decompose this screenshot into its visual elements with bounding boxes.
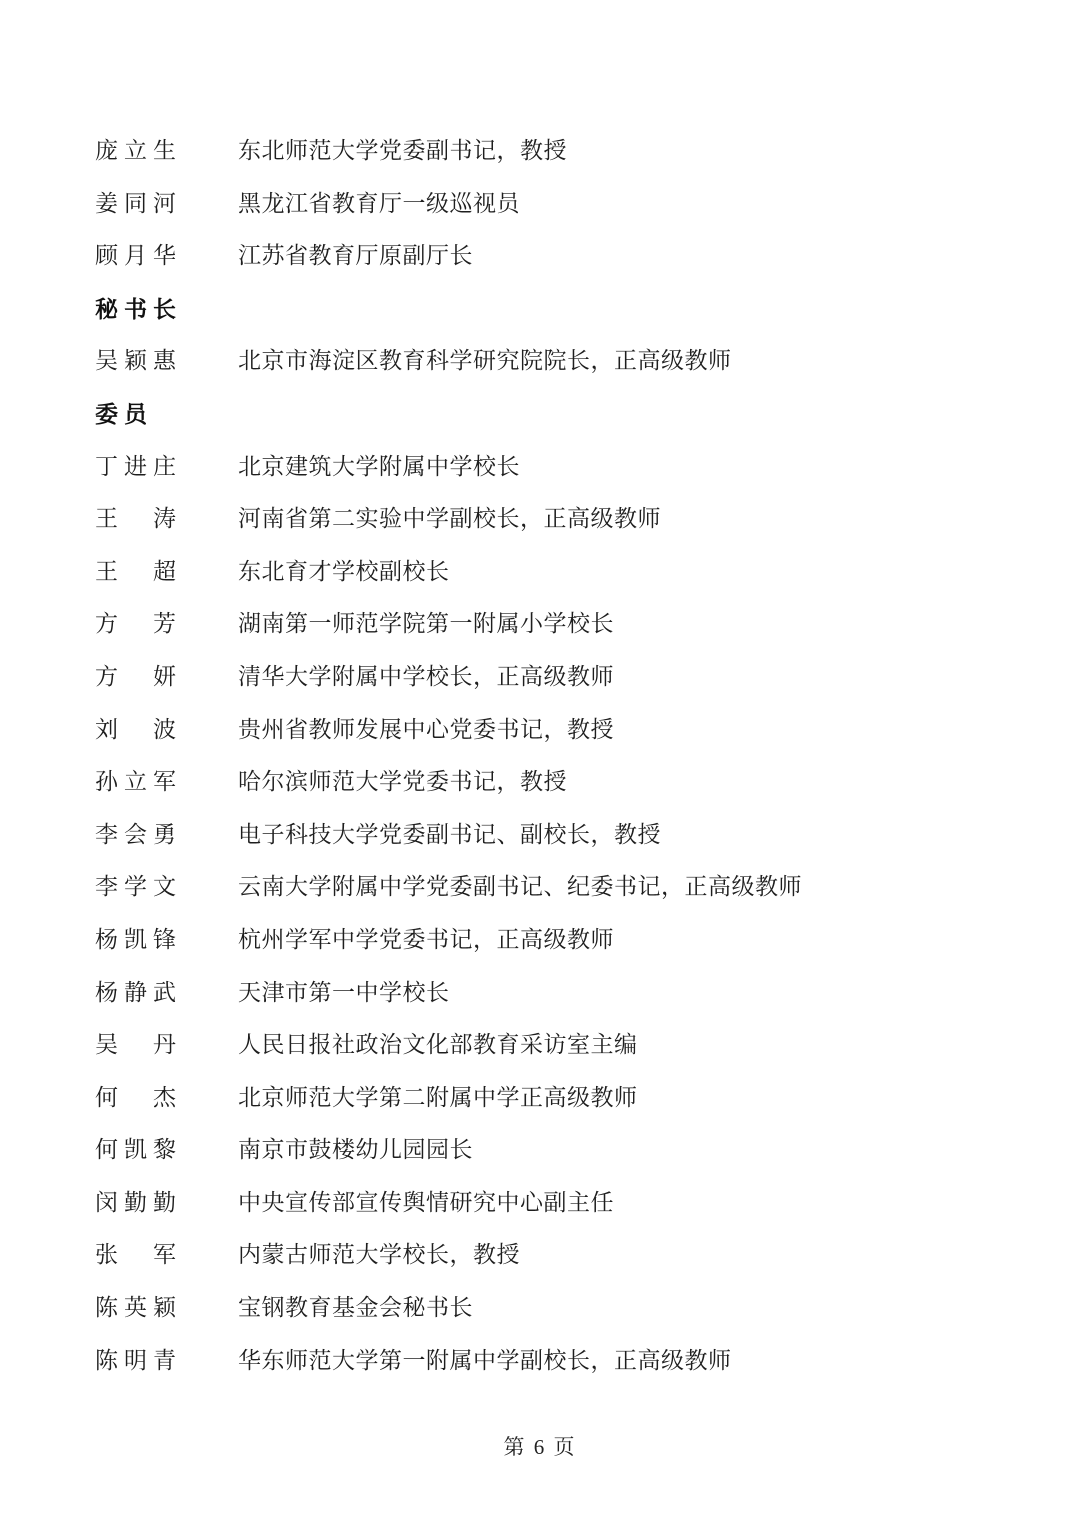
- member-title: 北京师范大学第二附属中学正高级教师: [238, 1072, 1025, 1125]
- member-name: 杨凯锋: [95, 914, 238, 967]
- section-heading-label: 委员: [95, 388, 238, 441]
- member-name: 方 芳: [95, 598, 238, 651]
- member-title: 中央宣传部宣传舆情研究中心副主任: [238, 1177, 1025, 1230]
- member-title: 贵州省教师发展中心党委书记，教授: [238, 704, 1025, 757]
- member-title: 江苏省教育厅原副厅长: [238, 230, 1025, 283]
- member-name: 李学文: [95, 861, 238, 914]
- member-row: 王 涛 河南省第二实验中学副校长，正高级教师: [95, 493, 1025, 546]
- section-heading: 秘书长: [95, 283, 1025, 336]
- member-title: 清华大学附属中学校长，正高级教师: [238, 651, 1025, 704]
- member-row: 庞立生 东北师范大学党委副书记，教授: [95, 125, 1025, 178]
- page-number: 第 6 页: [504, 1435, 577, 1459]
- member-list: 庞立生 东北师范大学党委副书记，教授 姜同河 黑龙江省教育厅一级巡视员 顾月华 …: [95, 125, 1025, 1387]
- member-row: 杨凯锋 杭州学军中学党委书记，正高级教师: [95, 914, 1025, 967]
- member-row: 杨静武 天津市第一中学校长: [95, 967, 1025, 1020]
- member-row: 方 芳 湖南第一师范学院第一附属小学校长: [95, 598, 1025, 651]
- member-name: 闵勤勤: [95, 1177, 238, 1230]
- member-row: 吴颖惠 北京市海淀区教育科学研究院院长，正高级教师: [95, 335, 1025, 388]
- member-row: 陈明青 华东师范大学第一附属中学副校长，正高级教师: [95, 1335, 1025, 1388]
- member-row: 闵勤勤 中央宣传部宣传舆情研究中心副主任: [95, 1177, 1025, 1230]
- member-title: 黑龙江省教育厅一级巡视员: [238, 178, 1025, 231]
- member-row: 丁进庄 北京建筑大学附属中学校长: [95, 441, 1025, 494]
- member-name: 庞立生: [95, 125, 238, 178]
- member-row: 何凯黎 南京市鼓楼幼儿园园长: [95, 1124, 1025, 1177]
- member-name: 何 杰: [95, 1072, 238, 1125]
- page-footer: 第 6 页: [0, 1432, 1080, 1462]
- member-name: 李会勇: [95, 809, 238, 862]
- member-row: 顾月华 江苏省教育厅原副厅长: [95, 230, 1025, 283]
- member-name: 何凯黎: [95, 1124, 238, 1177]
- member-row: 张 军 内蒙古师范大学校长，教授: [95, 1229, 1025, 1282]
- member-row: 方 妍 清华大学附属中学校长，正高级教师: [95, 651, 1025, 704]
- member-name: 孙立军: [95, 756, 238, 809]
- member-title: 内蒙古师范大学校长，教授: [238, 1229, 1025, 1282]
- member-title: 北京建筑大学附属中学校长: [238, 441, 1025, 494]
- member-name: 王 涛: [95, 493, 238, 546]
- member-row: 吴 丹 人民日报社政治文化部教育采访室主编: [95, 1019, 1025, 1072]
- member-name: 姜同河: [95, 178, 238, 231]
- member-row: 李学文 云南大学附属中学党委副书记、纪委书记，正高级教师: [95, 861, 1025, 914]
- member-title: 东北育才学校副校长: [238, 546, 1025, 599]
- member-title: 宝钢教育基金会秘书长: [238, 1282, 1025, 1335]
- member-title: 云南大学附属中学党委副书记、纪委书记，正高级教师: [238, 861, 1025, 914]
- member-row: 陈英颖 宝钢教育基金会秘书长: [95, 1282, 1025, 1335]
- member-name: 顾月华: [95, 230, 238, 283]
- member-name: 王 超: [95, 546, 238, 599]
- member-name: 丁进庄: [95, 441, 238, 494]
- member-row: 姜同河 黑龙江省教育厅一级巡视员: [95, 178, 1025, 231]
- member-name: 张 军: [95, 1229, 238, 1282]
- member-name: 刘 波: [95, 704, 238, 757]
- member-title: 人民日报社政治文化部教育采访室主编: [238, 1019, 1025, 1072]
- document-page: { "page": { "background_color": "#ffffff…: [0, 0, 1080, 1527]
- member-name: 杨静武: [95, 967, 238, 1020]
- member-row: 王 超 东北育才学校副校长: [95, 546, 1025, 599]
- member-title: 电子科技大学党委副书记、副校长，教授: [238, 809, 1025, 862]
- member-title: 北京市海淀区教育科学研究院院长，正高级教师: [238, 335, 1025, 388]
- member-title: 天津市第一中学校长: [238, 967, 1025, 1020]
- member-row: 孙立军 哈尔滨师范大学党委书记，教授: [95, 756, 1025, 809]
- section-heading-label: 秘书长: [95, 283, 238, 336]
- member-name: 吴颖惠: [95, 335, 238, 388]
- member-name: 陈明青: [95, 1335, 238, 1388]
- section-heading: 委员: [95, 388, 1025, 441]
- member-title: 湖南第一师范学院第一附属小学校长: [238, 598, 1025, 651]
- member-name: 陈英颖: [95, 1282, 238, 1335]
- member-title: 河南省第二实验中学副校长，正高级教师: [238, 493, 1025, 546]
- member-title: 华东师范大学第一附属中学副校长，正高级教师: [238, 1335, 1025, 1388]
- member-name: 吴 丹: [95, 1019, 238, 1072]
- member-title: 哈尔滨师范大学党委书记，教授: [238, 756, 1025, 809]
- member-title: 东北师范大学党委副书记，教授: [238, 125, 1025, 178]
- member-title: 杭州学军中学党委书记，正高级教师: [238, 914, 1025, 967]
- member-title: 南京市鼓楼幼儿园园长: [238, 1124, 1025, 1177]
- member-name: 方 妍: [95, 651, 238, 704]
- member-row: 何 杰 北京师范大学第二附属中学正高级教师: [95, 1072, 1025, 1125]
- member-row: 刘 波 贵州省教师发展中心党委书记，教授: [95, 704, 1025, 757]
- member-row: 李会勇 电子科技大学党委副书记、副校长，教授: [95, 809, 1025, 862]
